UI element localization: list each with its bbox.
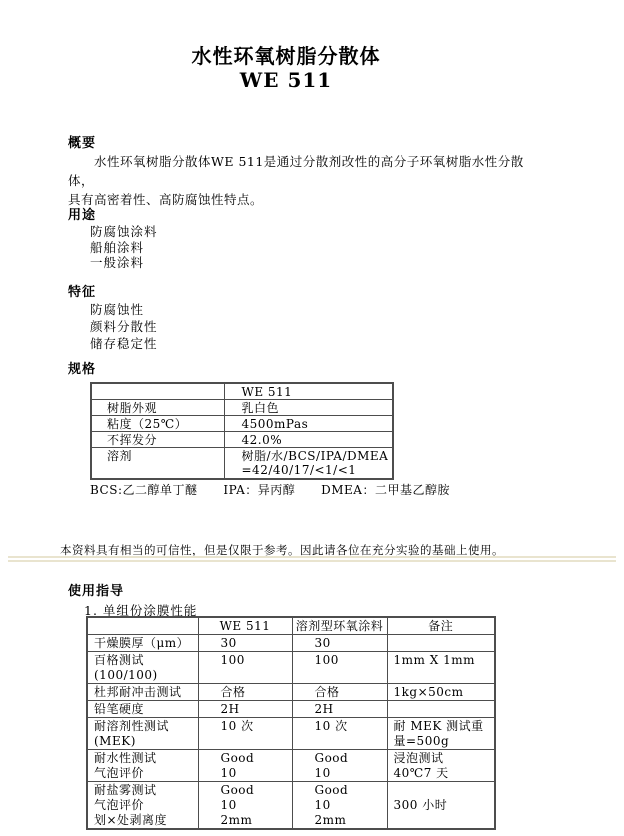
- features-list: 防腐蚀性 颜料分散性 储存稳定性: [90, 301, 158, 352]
- table-row: 百格测试 (100/100) 100 100 1mm X 1mm: [87, 652, 495, 684]
- table-cell: 100: [198, 652, 292, 684]
- test-item-label: 耐盐雾测试 气泡评价 划×处剥离度: [87, 782, 198, 830]
- table-cell: Good 10 2mm: [198, 782, 292, 830]
- list-item: 储存稳定性: [90, 335, 158, 352]
- table-cell: 10 次: [198, 718, 292, 750]
- section-heading-spec: 规格: [68, 358, 96, 377]
- table-cell: [387, 635, 495, 652]
- uses-list: 防腐蚀涂料 船舶涂料 一般涂料: [90, 224, 158, 271]
- table-row: WE 511: [91, 383, 393, 400]
- table-cell: 1mm X 1mm: [387, 652, 495, 684]
- table-cell: 300 小时: [387, 782, 495, 830]
- section-heading-usage-guide: 使用指导: [68, 580, 124, 599]
- list-item: 一般涂料: [90, 255, 158, 271]
- performance-table: WE 511 溶剂型环氧涂料 备注 干燥膜厚（μm） 30 30 百格测试 (1…: [86, 616, 496, 830]
- page-divider: [8, 556, 616, 562]
- table-cell: 1kg×50cm: [387, 684, 495, 701]
- table-cell: 10 次: [292, 718, 387, 750]
- test-item-label: 杜邦耐冲击测试: [87, 684, 198, 701]
- table-cell: 耐 MEK 测试重 量=500g: [387, 718, 495, 750]
- column-header: 溶剂型环氧涂料: [292, 617, 387, 635]
- spec-row-value: 树脂/水/BCS/IPA/DMEA =42/40/17/<1/<1: [224, 448, 393, 479]
- table-cell: 合格: [198, 684, 292, 701]
- section-heading-uses: 用途: [68, 204, 96, 223]
- test-item-label: 耐水性测试 气泡评价: [87, 750, 198, 782]
- table-row: 耐盐雾测试 气泡评价 划×处剥离度 Good 10 2mm Good 10 2m…: [87, 782, 495, 830]
- table-cell: 2H: [292, 701, 387, 718]
- column-header: [91, 383, 224, 400]
- table-cell: 2H: [198, 701, 292, 718]
- spec-footnote: BCS:乙二醇单丁醚 IPA：异丙醇 DMEA：二甲基乙醇胺: [90, 481, 450, 498]
- table-row: 溶剂 树脂/水/BCS/IPA/DMEA =42/40/17/<1/<1: [91, 448, 393, 479]
- table-cell: 30: [198, 635, 292, 652]
- spec-row-label: 不挥发分: [91, 432, 224, 448]
- section-heading-overview: 概要: [68, 132, 96, 151]
- table-cell: [387, 701, 495, 718]
- list-item: 防腐蚀性: [90, 301, 158, 318]
- test-item-label: 干燥膜厚（μm）: [87, 635, 198, 652]
- test-item-label: 铅笔硬度: [87, 701, 198, 718]
- spec-row-label: 溶剂: [91, 448, 224, 479]
- list-item: 船舶涂料: [90, 240, 158, 256]
- column-header: WE 511: [198, 617, 292, 635]
- table-row: 干燥膜厚（μm） 30 30: [87, 635, 495, 652]
- test-item-label: 耐溶剂性测试 (MEK): [87, 718, 198, 750]
- list-item: 防腐蚀涂料: [90, 224, 158, 240]
- table-cell: Good 10 2mm: [292, 782, 387, 830]
- document-title: 水性环氧树脂分散体: [0, 40, 572, 69]
- spec-table: WE 511 树脂外观 乳白色 粘度（25℃） 4500mPas 不挥发分 42…: [90, 382, 394, 480]
- table-cell: Good 10: [198, 750, 292, 782]
- table-row: 粘度（25℃） 4500mPas: [91, 416, 393, 432]
- spec-row-label: 树脂外观: [91, 400, 224, 416]
- table-row: 耐水性测试 气泡评价 Good 10 Good 10 浸泡测试 40℃7 天: [87, 750, 495, 782]
- column-header: 备注: [387, 617, 495, 635]
- table-row: 杜邦耐冲击测试 合格 合格 1kg×50cm: [87, 684, 495, 701]
- table-cell: Good 10: [292, 750, 387, 782]
- list-item: 颜料分散性: [90, 318, 158, 335]
- column-header: [87, 617, 198, 635]
- spec-row-value: 乳白色: [224, 400, 393, 416]
- table-row: 耐溶剂性测试 (MEK) 10 次 10 次 耐 MEK 测试重 量=500g: [87, 718, 495, 750]
- column-header: WE 511: [224, 383, 393, 400]
- table-row: WE 511 溶剂型环氧涂料 备注: [87, 617, 495, 635]
- section-heading-features: 特征: [68, 281, 96, 300]
- spec-row-value: 4500mPas: [224, 416, 393, 432]
- table-cell: 30: [292, 635, 387, 652]
- table-row: 树脂外观 乳白色: [91, 400, 393, 416]
- table-cell: 浸泡测试 40℃7 天: [387, 750, 495, 782]
- table-cell: 合格: [292, 684, 387, 701]
- table-cell: 100: [292, 652, 387, 684]
- document-subtitle-product-code: WE 511: [0, 68, 572, 92]
- table-row: 不挥发分 42.0%: [91, 432, 393, 448]
- spec-row-label: 粘度（25℃）: [91, 416, 224, 432]
- overview-paragraph: 水性环氧树脂分散体WE 511是通过分散剂改性的高分子环氧树脂水性分散体， 具有…: [68, 152, 538, 209]
- spec-row-value: 42.0%: [224, 432, 393, 448]
- table-row: 铅笔硬度 2H 2H: [87, 701, 495, 718]
- test-item-label: 百格测试 (100/100): [87, 652, 198, 684]
